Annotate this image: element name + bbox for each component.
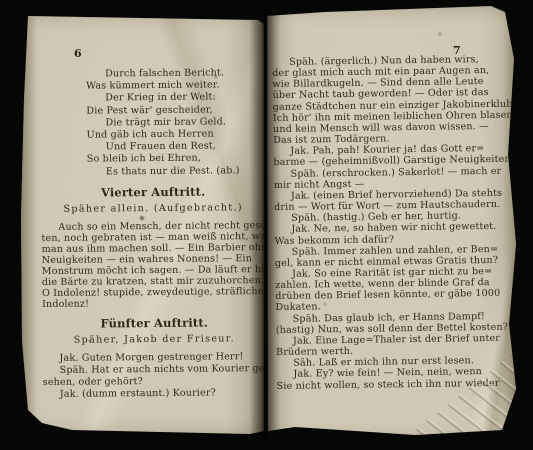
scene-heading-5: Fünfter Auftritt. [42,315,266,331]
scene-cast-4: Späher allein. (Aufgebracht.) [41,202,265,216]
text-line: O Indolenz! stupide, zweydeutige, sträfl… [42,286,266,299]
right-page: 7 Späh. (ärgerlich.) Nun da haben wirs,d… [265,4,518,444]
scene-4-paragraph: Auch so ein Mensch, der nicht recht geso… [41,220,266,310]
book-photo: 6 Durch falschen Bericht.Was kümmert mic… [0,0,533,450]
verse-block: Durch falschen Bericht.Was kümmert mich … [86,67,265,178]
right-page-text: Späh. (ärgerlich.) Nun da haben wirs,der… [272,54,515,392]
left-page: 6 Durch falschen Bericht.Was kümmert mic… [20,11,264,438]
text-line: Es thats nur die Pest. (ab.) [87,165,265,179]
page-number-left: 6 [74,47,82,60]
text-line: Indolenz! [42,297,266,310]
left-page-text: Durch falschen Bericht.Was kümmert mich … [40,67,267,400]
scene-heading-4: Vierter Auftritt. [41,184,265,200]
scene-cast-5: Späher, Jakob der Friseur. [42,333,266,347]
scene-5-dialogue: Jak. Guten Morgen gestrenger Herr!Späh. … [42,351,266,401]
text-line: Späh. Hat er auch nichts vom Kourier ge= [43,363,267,377]
text-line: Jak. (dumm erstaunt.) Kourier? [43,387,267,401]
